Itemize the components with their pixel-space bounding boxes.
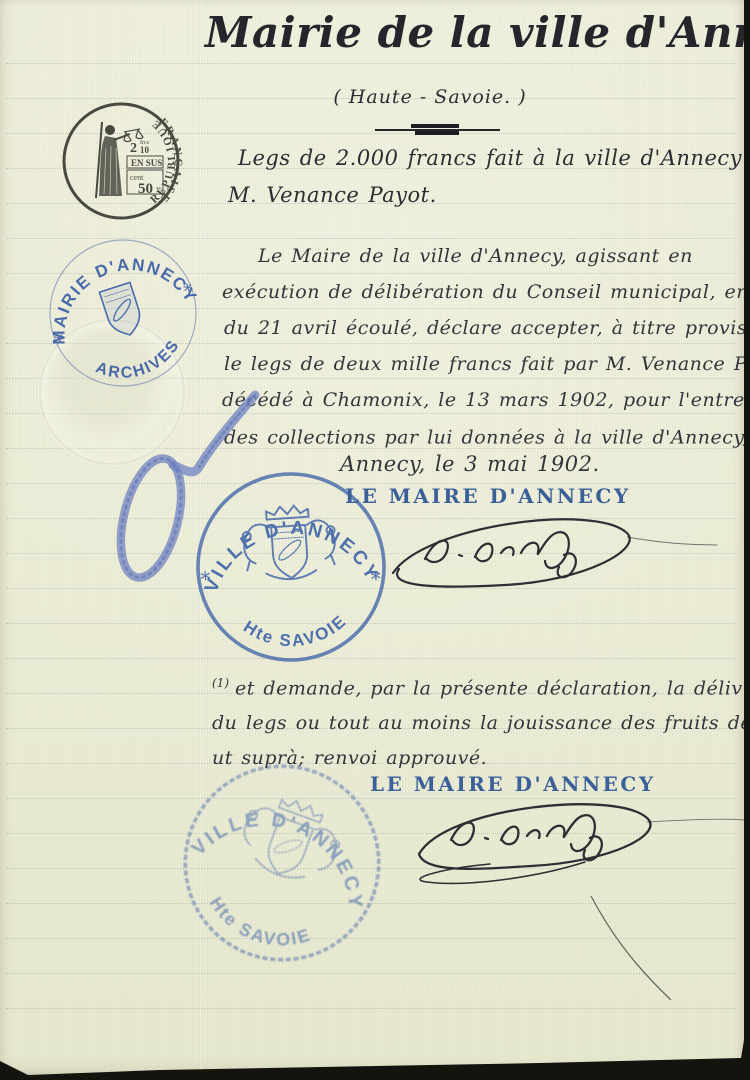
body-line-5: décédé à Chamonix, le 13 mars 1902, pour… xyxy=(222,389,750,411)
subject-line-2: M. Venance Payot. xyxy=(228,183,437,207)
body-line-1: Le Maire de la ville d'Annecy, agissant … xyxy=(258,245,693,267)
body-line-3: du 21 avril écoulé, déclare accepter, à … xyxy=(224,317,750,339)
value-surcharge: EN SUS xyxy=(131,158,162,168)
footnote-marker: (1) xyxy=(212,676,229,690)
footnote-line-1: (1)et demande, par la présente déclarati… xyxy=(212,676,750,699)
revenue-stamp: RÉPUBLIQUE FRANÇAISE 2 frcs 10 EN SUS xyxy=(56,96,186,226)
mayor-signature-1 xyxy=(355,495,725,605)
scan-background: VILLE D'ANNECY Hte SAVOIE * * xyxy=(0,0,750,1080)
dateline: Annecy, le 3 mai 1902. xyxy=(340,452,600,476)
footnote-line-2: du legs ou tout au moins la jouissance d… xyxy=(212,712,750,734)
crayon-mark xyxy=(95,385,275,585)
separator-ornament xyxy=(375,122,500,136)
ruled-line xyxy=(6,1008,736,1009)
footnote-line-1-text: et demande, par la présente déclaration,… xyxy=(235,677,750,699)
archives-shield xyxy=(99,282,145,339)
separator-bar xyxy=(411,124,459,128)
value-cent-amount: 50 xyxy=(138,181,153,197)
ruled-line xyxy=(6,63,736,64)
value-num2: 10 xyxy=(140,145,150,155)
body-line-2: exécution de délibération du Conseil mun… xyxy=(222,281,750,303)
document-subtitle: ( Haute - Savoie. ) xyxy=(300,86,560,108)
footnote-line-3: ut suprà; renvoi approuvé. xyxy=(212,747,487,769)
svg-text:Hte SAVOIE: Hte SAVOIE xyxy=(198,889,319,964)
document-page: VILLE D'ANNECY Hte SAVOIE * * xyxy=(0,0,750,1080)
value-num: 2 xyxy=(130,141,137,156)
document-title: Mairie de la ville d'Annecy. xyxy=(205,8,750,57)
mayor-signature-2 xyxy=(385,782,750,897)
stamp-bottom-text: Hte SAVOIE xyxy=(198,889,319,964)
separator-bar xyxy=(415,131,459,135)
subject-line-1: Legs de 2.000 francs fait à la ville d'A… xyxy=(238,146,750,170)
body-line-6-text: des collections par lui données à la vil… xyxy=(224,426,749,448)
body-line-4: le legs de deux mille francs fait par M.… xyxy=(224,353,750,375)
body-line-6: des collections par lui données à la vil… xyxy=(224,425,750,448)
pen-scratch xyxy=(583,888,683,1008)
